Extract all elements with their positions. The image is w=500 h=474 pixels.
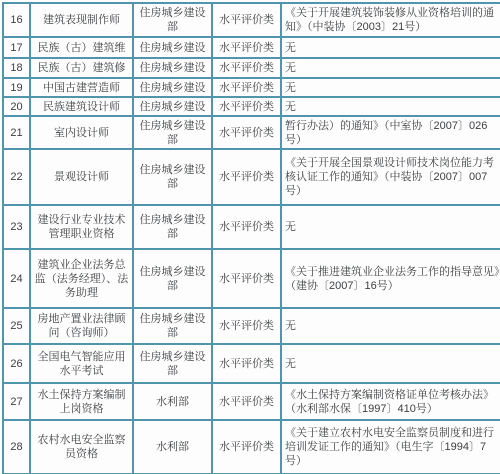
row-number: 19 <box>3 78 30 97</box>
table-row: 16 建筑表现制作师 住房城乡建设部 水平评价类 《关于开展建筑装饰装修从业资格… <box>3 3 500 37</box>
basis-document: 《水土保持方案编制资格证单位考核办法》（水利部水保〔1997〕410号） <box>281 383 500 420</box>
qualification-table: 16 建筑表现制作师 住房城乡建设部 水平评价类 《关于开展建筑装饰装修从业资格… <box>2 2 500 474</box>
table-row: 19 中国古建营造师 住房城乡建设 水平评价类 无 <box>3 78 500 97</box>
evaluation-type: 水平评价类 <box>212 249 281 308</box>
qualification-table-body: 16 建筑表现制作师 住房城乡建设部 水平评价类 《关于开展建筑装饰装修从业资格… <box>3 3 500 474</box>
evaluation-type: 水平评价类 <box>212 3 281 37</box>
qualification-name: 建设行业专业技术管理职业资格 <box>30 205 133 249</box>
department: 水利部 <box>133 420 212 474</box>
evaluation-type: 水平评价类 <box>212 97 281 116</box>
table-row: 20 民族建筑设计师 住房城乡建设 水平评价类 无 <box>3 97 500 116</box>
basis-document: 无 <box>281 37 500 58</box>
table-row: 18 民族（古）建筑修 住房城乡建设 水平评价类 无 <box>3 58 500 78</box>
basis-document: 无 <box>281 58 500 78</box>
row-number: 23 <box>3 205 30 249</box>
row-number: 26 <box>3 344 30 383</box>
basis-document: 《关于建立农村水电安全监察员制度和进行培训发证工作的通知》（电生字〔1994〕7… <box>281 420 500 474</box>
table-row: 28 农村水电安全监察员资格 水利部 水平评价类 《关于建立农村水电安全监察员制… <box>3 420 500 474</box>
department: 住房城乡建设部 <box>133 308 212 344</box>
table-row: 23 建设行业专业技术管理职业资格 住房城乡建设部 水平评价类 无 <box>3 205 500 249</box>
department: 住房城乡建设部 <box>133 205 212 249</box>
evaluation-type: 水平评价类 <box>212 37 281 58</box>
qualification-name: 室内设计师 <box>30 116 133 149</box>
department: 水利部 <box>133 383 212 420</box>
qualification-name: 景观设计师 <box>30 149 133 205</box>
qualification-name: 建筑业企业法务总监（法务经理）、法务助理 <box>30 249 133 308</box>
table-row: 27 水土保持方案编制上岗资格 水利部 水平评价类 《水土保持方案编制资格证单位… <box>3 383 500 420</box>
evaluation-type: 水平评价类 <box>212 78 281 97</box>
row-number: 20 <box>3 97 30 116</box>
evaluation-type: 水平评价类 <box>212 205 281 249</box>
qualification-name: 建筑表现制作师 <box>30 3 133 37</box>
basis-document: 《关于推进建筑业企业法务工作的指导意见》（建协〔2007〕16号） <box>281 249 500 308</box>
row-number: 28 <box>3 420 30 474</box>
basis-document: 无 <box>281 308 500 344</box>
basis-document: 无 <box>281 78 500 97</box>
basis-document: 《关于开展建筑装饰装修从业资格培训的通知》（中装协〔2003〕21号） <box>281 3 500 37</box>
basis-document: 暂行办法）的通知》（中室协〔2007〕026号） <box>281 116 500 149</box>
row-number: 24 <box>3 249 30 308</box>
evaluation-type: 水平评价类 <box>212 149 281 205</box>
table-row: 22 景观设计师 住房城乡建设部 水平评价类 《关于开展全国景观设计师技术岗位能… <box>3 149 500 205</box>
qualification-name: 水土保持方案编制上岗资格 <box>30 383 133 420</box>
evaluation-type: 水平评价类 <box>212 383 281 420</box>
qualification-name: 民族（古）建筑维 <box>30 37 133 58</box>
row-number: 17 <box>3 37 30 58</box>
row-number: 18 <box>3 58 30 78</box>
department: 住房城乡建设部 <box>133 3 212 37</box>
basis-document: 无 <box>281 205 500 249</box>
department: 住房城乡建设部 <box>133 344 212 383</box>
qualification-name: 民族建筑设计师 <box>30 97 133 116</box>
department: 住房城乡建设 <box>133 58 212 78</box>
department: 住房城乡建设 <box>133 97 212 116</box>
department: 住房城乡建设 <box>133 78 212 97</box>
department: 住房城乡建设 <box>133 37 212 58</box>
basis-document: 无 <box>281 344 500 383</box>
qualification-name: 民族（古）建筑修 <box>30 58 133 78</box>
table-row: 21 室内设计师 住房城乡建设部 水平评价类 暂行办法）的通知》（中室协〔200… <box>3 116 500 149</box>
qualification-name: 房地产置业法律顾问（咨询师） <box>30 308 133 344</box>
table-row: 26 全国电气智能应用水平考试 住房城乡建设部 水平评价类 无 <box>3 344 500 383</box>
row-number: 22 <box>3 149 30 205</box>
qualification-name: 中国古建营造师 <box>30 78 133 97</box>
department: 住房城乡建设部 <box>133 116 212 149</box>
row-number: 16 <box>3 3 30 37</box>
evaluation-type: 水平评价类 <box>212 58 281 78</box>
row-number: 25 <box>3 308 30 344</box>
evaluation-type: 水平评价类 <box>212 420 281 474</box>
evaluation-type: 水平评价类 <box>212 344 281 383</box>
evaluation-type: 水平评价类 <box>212 308 281 344</box>
qualification-name: 农村水电安全监察员资格 <box>30 420 133 474</box>
basis-document: 无 <box>281 97 500 116</box>
basis-document: 《关于开展全国景观设计师技术岗位能力考核认证工作的通知》（中装协〔2007〕00… <box>281 149 500 205</box>
evaluation-type: 水平评价类 <box>212 116 281 149</box>
qualification-name: 全国电气智能应用水平考试 <box>30 344 133 383</box>
row-number: 21 <box>3 116 30 149</box>
table-row: 17 民族（古）建筑维 住房城乡建设 水平评价类 无 <box>3 37 500 58</box>
table-row: 25 房地产置业法律顾问（咨询师） 住房城乡建设部 水平评价类 无 <box>3 308 500 344</box>
table-row: 24 建筑业企业法务总监（法务经理）、法务助理 住房城乡建设部 水平评价类 《关… <box>3 249 500 308</box>
qualification-table-page: 16 建筑表现制作师 住房城乡建设部 水平评价类 《关于开展建筑装饰装修从业资格… <box>0 0 500 474</box>
department: 住房城乡建设部 <box>133 149 212 205</box>
row-number: 27 <box>3 383 30 420</box>
department: 住房城乡建设部 <box>133 249 212 308</box>
